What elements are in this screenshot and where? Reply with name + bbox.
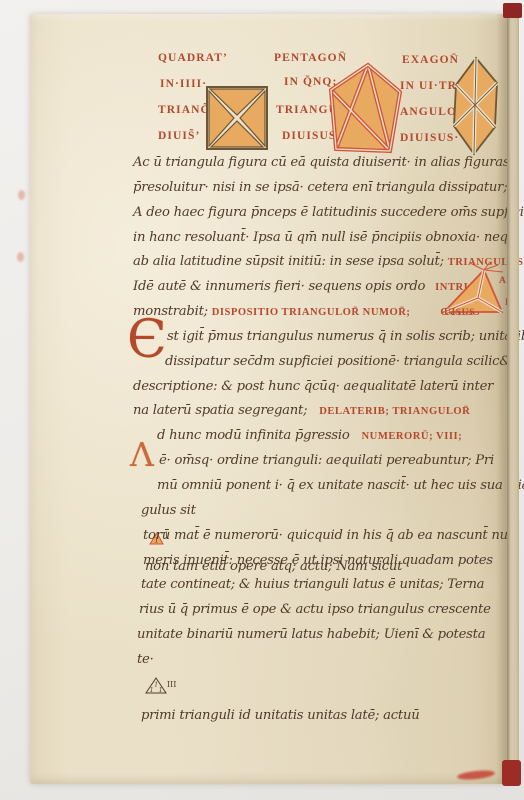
text-segment: DISPOSITIO TRIANGULOR̄ NUMOR̄; <box>212 307 411 318</box>
text-line: A deo haec figura p̄nceps ē latitudinis … <box>133 201 513 226</box>
edge-smudge <box>17 252 24 262</box>
text-segment: Idē autē & innumeris fieri· sequens opis… <box>133 279 429 294</box>
text-segment: mū omniū ponent i· q̄ ex unitate nascit̄… <box>157 478 524 493</box>
text-segment: na laterū spatia segregant; <box>133 403 311 418</box>
binding-bottom-mark <box>502 760 521 786</box>
text-segment: rius ū q̄ primus ē ope & actu ipso trian… <box>139 602 491 617</box>
text-line: descriptione: & post hunc q̄cūq· aequali… <box>133 375 513 400</box>
text-segment: te· <box>137 652 158 667</box>
text-segment: descriptione: & post hunc q̄cūq· aequali… <box>133 379 493 394</box>
text-line: rius ū q̄ primus ē ope & actu ipso trian… <box>133 598 513 623</box>
red-smear <box>457 769 496 781</box>
gutter-fold-shadow <box>496 14 507 784</box>
text-segment: unitate binariū numerū latus habebit; Ui… <box>137 627 485 642</box>
inline-triangle-3-icon: 111 <box>145 677 167 704</box>
text-line: in hanc resoluant̄· Ipsa ū qm̄ null isē … <box>133 226 513 251</box>
text-segment: ab alia latitudine sūpsit initiū: in ses… <box>133 254 448 269</box>
text-line: na laterū spatia segregant; DELATERIB; T… <box>133 399 513 424</box>
margin-label-uisus: UISUS <box>444 308 475 318</box>
text-segment: in hanc resoluant̄· Ipsa ū qm̄ null isē … <box>133 230 512 245</box>
text-line: gulus sit 11 non tam etiā opere atq; act… <box>133 499 513 524</box>
header-rubric-label: QUADRAT’ <box>158 52 228 64</box>
text-segment: NUMERORŪ; VIII; <box>362 431 463 442</box>
text-line: meris inuenit̄: necesse ē ut ipsi natura… <box>133 549 513 574</box>
text-segment: Ac ū triangula figura cū eā quista diuis… <box>133 155 509 170</box>
text-line: unitate binariū numerū latus habebit; Ui… <box>133 623 513 648</box>
svg-text:1: 1 <box>154 681 158 688</box>
text-line: torū mat̄ ē numerorū· quicquid in his q̄… <box>133 524 513 549</box>
text-segment: gulus sit <box>141 503 200 518</box>
next-page-edge <box>507 16 519 782</box>
text-line: tate contineat; & huius trianguli latus … <box>133 573 513 598</box>
text-segment: DELATERIB; TRIANGULOR̄ <box>319 406 470 417</box>
header-rubric-label: TRIANG̃ <box>158 104 211 116</box>
pentagon-diagram <box>328 62 402 154</box>
text-line: st igit̄ p̄mus triangulus numerus q̄ in … <box>133 325 513 350</box>
square-diagram <box>206 86 268 150</box>
header-rubric-label: DIUIS̃’ <box>158 130 200 142</box>
initial-A: Λ <box>130 438 154 471</box>
initial-E: Є <box>127 314 167 366</box>
main-text-block: Ac ū triangula figura cū eā quista diuis… <box>133 151 513 673</box>
text-segment: d hunc modū infinita p̄gressio <box>157 428 354 443</box>
header-rubric-label: IN·IIII· <box>160 78 207 90</box>
text-segment: A deo haec figura p̄nceps ē latitudinis … <box>133 205 524 220</box>
text-segment: tate contineat; & huius trianguli latus … <box>141 577 484 592</box>
hexagon-diagram <box>449 56 501 156</box>
text-line: p̄resoluitur· nisi in se ipsā· cetera en… <box>133 176 513 201</box>
text-segment: dissipatur sec̄dm supficiei positionē· t… <box>165 354 511 369</box>
text-line: ē· om̄sq· ordine trianguli: aequilati pe… <box>133 449 513 474</box>
backdrop: { "colors":{ "ink":"#4e3b28", "red":"#b3… <box>0 0 524 800</box>
text-segment: torū mat̄ ē numerorū· quicquid in his q̄… <box>143 528 508 543</box>
edge-smudge <box>18 190 25 200</box>
text-line: dissipatur sec̄dm supficiei positionē· t… <box>133 350 513 375</box>
text-line: te· 111III primi trianguli id unitatis u… <box>133 648 513 673</box>
svg-text:1: 1 <box>159 687 163 694</box>
text-segment: p̄resoluitur· nisi in se ipsā· cetera en… <box>133 180 507 195</box>
text-segment: primi trianguli id unitatis unitas latē;… <box>137 708 419 723</box>
text-line: d hunc modū infinita p̄gressio NUMERORŪ;… <box>133 424 513 449</box>
text-line: mū omniū ponent i· q̄ ex unitate nascit̄… <box>133 474 513 499</box>
text-segment: meris inuenit̄: necesse ē ut ipsi natura… <box>143 553 493 568</box>
triangle-superscript: III <box>167 680 176 689</box>
text-segment: st igit̄ p̄mus triangulus numerus q̄ in … <box>167 329 524 344</box>
svg-text:1: 1 <box>150 687 154 694</box>
text-line: Ac ū triangula figura cū eā quista diuis… <box>133 151 513 176</box>
manuscript-page: QUADRAT’IN·IIII·TRIANG̃DIUIS̃’PENTAGON̄I… <box>30 14 507 784</box>
binding-top-mark <box>503 3 522 18</box>
text-segment: ē· om̄sq· ordine trianguli: aequilati pe… <box>159 453 494 468</box>
